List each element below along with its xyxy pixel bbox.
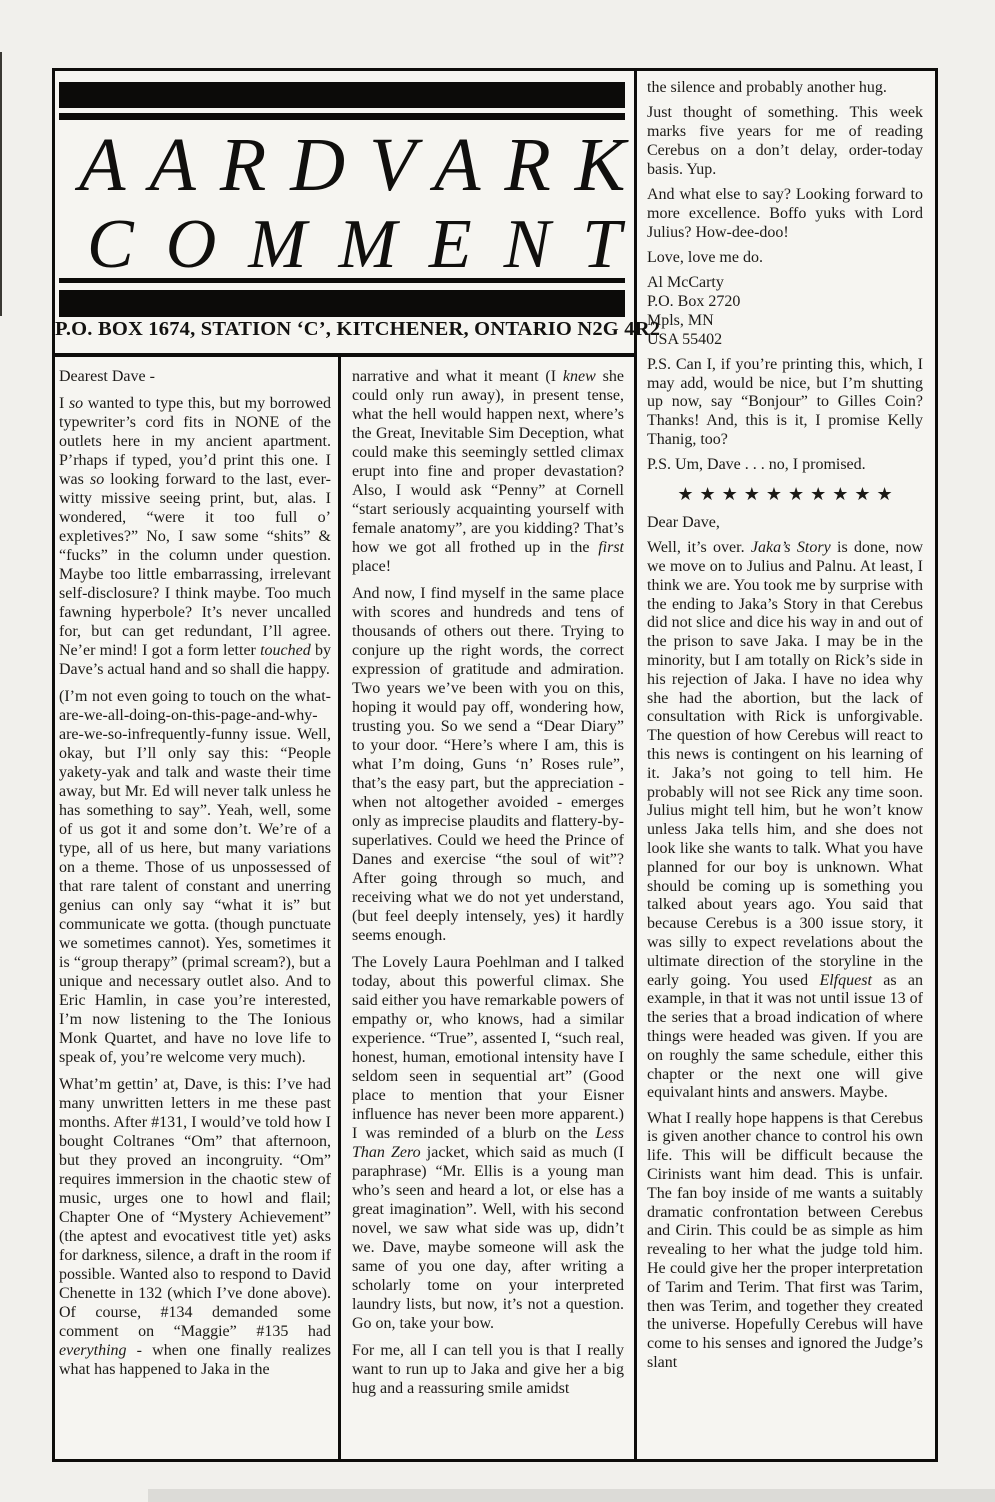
letter-paragraph: (I’m not even going to touch on the what… xyxy=(59,687,331,1067)
letter-paragraph: Dearest Dave - xyxy=(59,367,331,386)
star-divider: ★★★★★★★★★★ xyxy=(647,485,923,504)
letters-page-frame: AARDVARK COMMENT P.O. BOX 1674, STATION … xyxy=(52,68,938,1462)
masthead-po-box-address: P.O. BOX 1674, STATION ‘C’, KITCHENER, O… xyxy=(55,318,637,341)
column-divider-right xyxy=(634,71,637,1459)
letter-paragraph: P.S. Um, Dave . . . no, I promised. xyxy=(647,456,923,475)
scan-artifact-band xyxy=(148,1489,995,1502)
letter-column-right: the silence and probably another hug.Jus… xyxy=(647,79,923,1457)
letter-paragraph: And what else to say? Looking forward to… xyxy=(647,186,923,242)
letter-paragraph: Love, love me do. xyxy=(647,249,923,268)
letter-column-middle: narrative and what it meant (I knew she … xyxy=(352,367,624,1457)
masthead-bottom-rule xyxy=(55,353,637,357)
letter-paragraph: the silence and probably another hug. xyxy=(647,79,923,98)
letter-column-left: Dearest Dave -I so wanted to type this, … xyxy=(59,367,331,1457)
letter-paragraph: Dear Dave, xyxy=(647,514,923,533)
scan-edge-artifact xyxy=(0,52,2,316)
letter-paragraph: I so wanted to type this, but my borrowe… xyxy=(59,394,331,679)
masthead-rule-bottom xyxy=(59,278,625,283)
masthead-bar-top xyxy=(59,82,625,108)
masthead-title-line2: COMMENT xyxy=(55,213,637,277)
masthead-bar-bottom xyxy=(59,290,625,317)
letter-paragraph: What I really hope happens is that Cereb… xyxy=(647,1110,923,1373)
letter-paragraph: The Lovely Laura Poehlman and I talked t… xyxy=(352,953,624,1333)
scanned-letters-page: { "masthead": { "title_line1": "AARDVARK… xyxy=(0,0,995,1502)
letter-paragraph: P.S. Can I, if you’re printing this, whi… xyxy=(647,356,923,450)
letter-paragraph: narrative and what it meant (I knew she … xyxy=(352,367,624,576)
letter-paragraph: And now, I find myself in the same place… xyxy=(352,584,624,945)
masthead-rule-top xyxy=(59,113,625,120)
masthead-title-line1: AARDVARK xyxy=(55,129,637,201)
letter-paragraph: Al McCarty P.O. Box 2720 Mpls, MN USA 55… xyxy=(647,274,923,349)
column-divider-left xyxy=(338,357,341,1459)
letter-paragraph: Well, it’s over. Jaka’s Story is done, n… xyxy=(647,539,923,1103)
letter-paragraph: What’m gettin’ at, Dave, is this: I’ve h… xyxy=(59,1075,331,1379)
letter-paragraph: Just thought of something. This week mar… xyxy=(647,104,923,179)
letter-paragraph: For me, all I can tell you is that I rea… xyxy=(352,1341,624,1398)
